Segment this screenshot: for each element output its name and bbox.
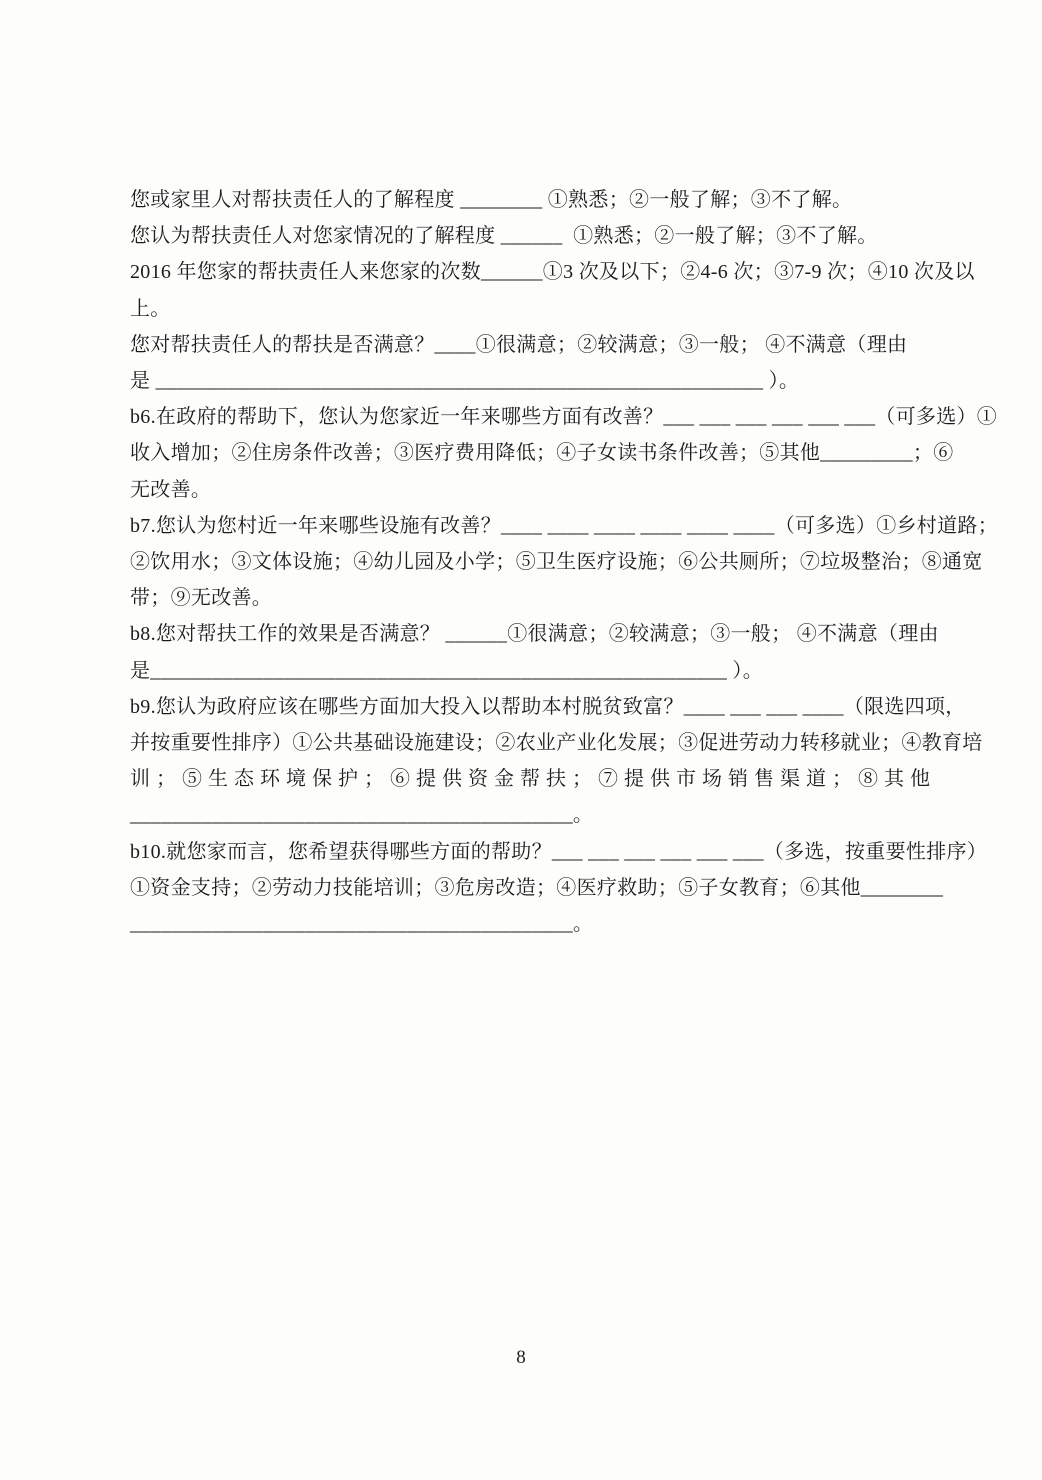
document-line: 训；⑤生态环境保护；⑥提供资金帮扶；⑦提供市场销售渠道；⑧其他 — [130, 761, 940, 797]
document-line: 并按重要性排序）①公共基础设施建设；②农业产业化发展；③促进劳动力转移就业；④教… — [130, 725, 940, 761]
document-line: 带；⑨无改善。 — [130, 580, 940, 616]
document-line: 是_______________________________________… — [130, 653, 940, 689]
document-line: b8.您对帮扶工作的效果是否满意？ ______①很满意；②较满意；③一般； ④… — [130, 616, 940, 652]
document-line: b6.在政府的帮助下，您认为您家近一年来哪些方面有改善？___ ___ ___ … — [130, 399, 940, 435]
document-line: b9.您认为政府应该在哪些方面加大投入以帮助本村脱贫致富？____ ___ __… — [130, 689, 940, 725]
document-line: ________________________________________… — [130, 906, 940, 942]
document-body: 您或家里人对帮扶责任人的了解程度 ________ ①熟悉；②一般了解；③不了解… — [130, 182, 940, 942]
document-line: ②饮用水；③文体设施；④幼儿园及小学；⑤卫生医疗设施；⑥公共厕所；⑦垃圾整治；⑧… — [130, 544, 940, 580]
page-number: 8 — [0, 1347, 1042, 1369]
document-line: 您对帮扶责任人的帮扶是否满意？____①很满意；②较满意；③一般； ④不满意（理… — [130, 327, 940, 363]
document-line: 上。 — [130, 291, 940, 327]
document-line: 2016 年您家的帮扶责任人来您家的次数______①3 次及以下；②4-6 次… — [130, 254, 940, 290]
document-line: 您认为帮扶责任人对您家情况的了解程度 ______ ①熟悉；②一般了解；③不了解… — [130, 218, 940, 254]
document-page: 您或家里人对帮扶责任人的了解程度 ________ ①熟悉；②一般了解；③不了解… — [0, 0, 1042, 1480]
document-line: 无改善。 — [130, 472, 940, 508]
document-line: 您或家里人对帮扶责任人的了解程度 ________ ①熟悉；②一般了解；③不了解… — [130, 182, 940, 218]
document-line: b7.您认为您村近一年来哪些设施有改善？____ ____ ____ ____ … — [130, 508, 940, 544]
document-line: 是 ______________________________________… — [130, 363, 940, 399]
document-line: 收入增加；②住房条件改善；③医疗费用降低；④子女读书条件改善；⑤其他______… — [130, 435, 940, 471]
document-line: b10.就您家而言，您希望获得哪些方面的帮助？___ ___ ___ ___ _… — [130, 834, 940, 870]
document-line: ①资金支持；②劳动力技能培训；③危房改造；④医疗救助；⑤子女教育；⑥其他____… — [130, 870, 940, 906]
document-line: ________________________________________… — [130, 797, 940, 833]
